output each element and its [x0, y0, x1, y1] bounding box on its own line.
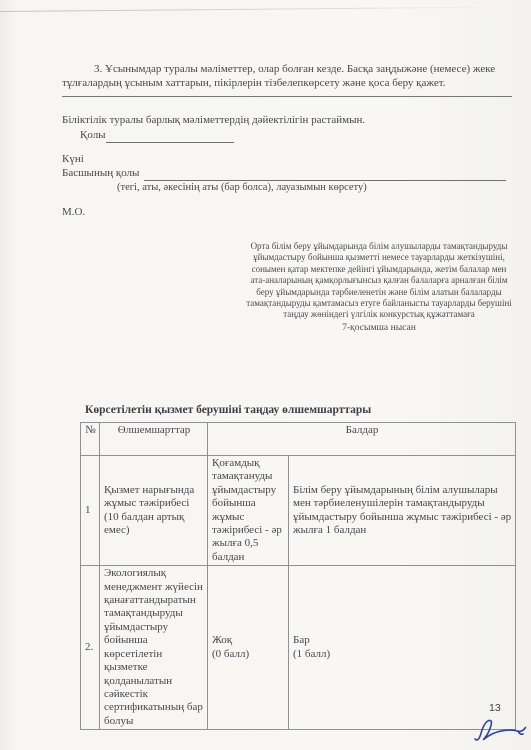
row-criteria: Қызмет нарығында жұмыс тәжірибесі (10 ба…	[100, 456, 208, 566]
header-number: №	[81, 423, 100, 456]
signature-blank-line	[106, 131, 234, 143]
annex-note-body: Орта білім беру ұйымдарында білім алушыл…	[246, 241, 512, 321]
annex-form-ref: 7-қосымша нысан	[246, 322, 512, 333]
head-signature-blank-line	[144, 169, 506, 181]
annex-note: Орта білім беру ұйымдарында білім алушыл…	[246, 241, 512, 333]
header-criteria: Өлшемшарттар	[100, 423, 208, 456]
document-page: 3. Ұсынымдар туралы мәліметтер, олар бол…	[0, 0, 531, 750]
row-points-b: Білім беру ұйымдарының білім алушылары м…	[289, 456, 516, 566]
signature-line-row: Қолы	[80, 129, 234, 143]
row-criteria: Экологиялық менеджмент жүйесін қанағатта…	[100, 566, 208, 730]
head-signature-hint: (тегі, аты, әкесінің аты (бар болса), ла…	[117, 181, 367, 195]
table-row: 2. Экологиялық менеджмент жүйесін қанаға…	[81, 566, 516, 730]
confirmation-statement: Біліктілік туралы барлық мәліметтердің д…	[62, 114, 512, 128]
row-points-a: Қоғамдық тамақтануды ұйымдастыру бойынша…	[208, 456, 289, 566]
date-label: Күні	[62, 153, 84, 167]
table-header-row: № Өлшемшарттар Балдар	[81, 423, 516, 456]
scan-artifact-line	[0, 7, 500, 12]
row-points-a: Жоқ (0 балл)	[208, 566, 289, 730]
criteria-table-title: Көрсетілетін қызмет берушіні таңдау өлше…	[85, 404, 371, 416]
paragraph-recommendations: 3. Ұсынымдар туралы мәліметтер, олар бол…	[62, 63, 512, 90]
row-number: 1	[81, 456, 100, 566]
handwritten-signature-icon	[468, 713, 530, 749]
criteria-table: № Өлшемшарттар Балдар 1 Қызмет нарығында…	[80, 422, 516, 730]
header-points: Балдар	[208, 423, 516, 456]
head-signature-row: Басшының қолы	[62, 167, 506, 181]
head-signature-label: Басшының қолы	[62, 167, 139, 181]
fill-in-rule	[62, 96, 512, 97]
seal-abbreviation: М.О.	[62, 206, 85, 220]
row-number: 2.	[81, 566, 100, 730]
signature-label: Қолы	[80, 129, 106, 143]
row-points-b: Бар (1 балл)	[289, 566, 516, 730]
table-row: 1 Қызмет нарығында жұмыс тәжірибесі (10 …	[81, 456, 516, 566]
